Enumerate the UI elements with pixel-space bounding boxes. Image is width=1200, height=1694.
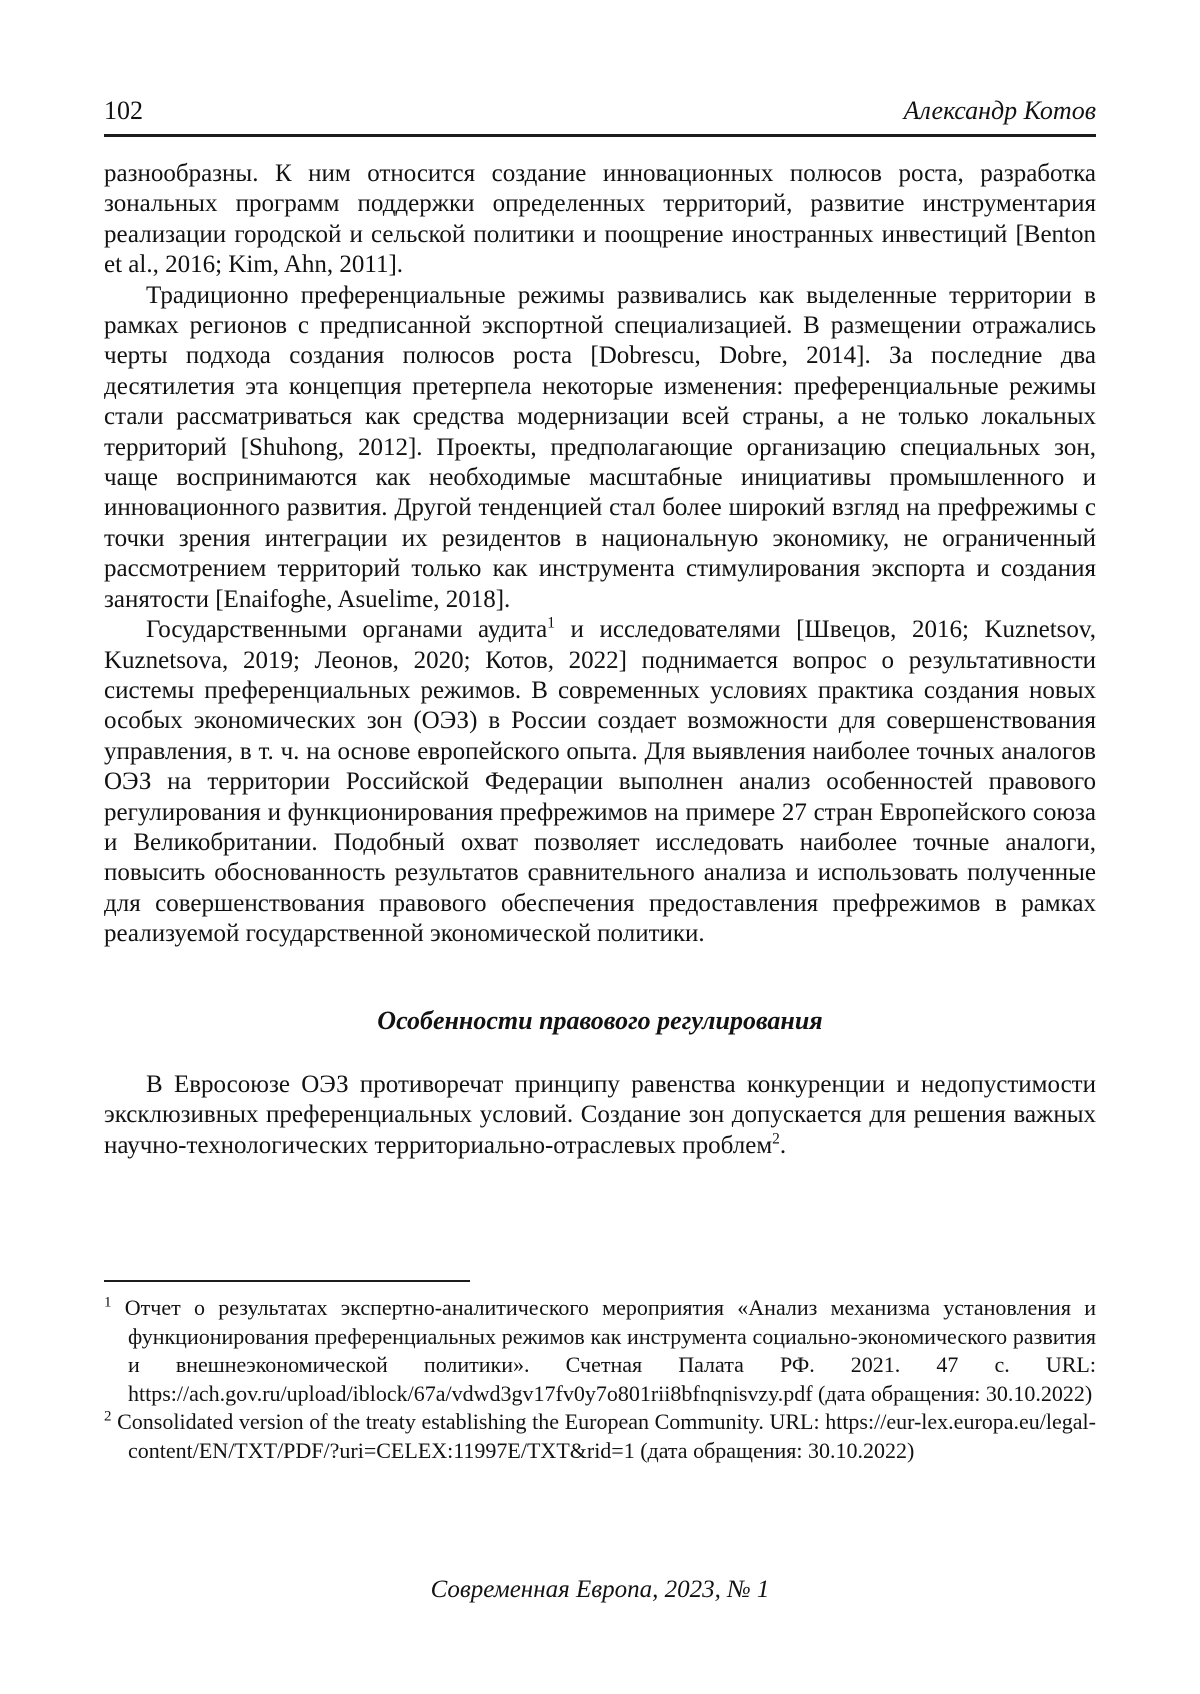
document-page: 102 Александр Котов разнообразны. К ним …	[0, 0, 1200, 1694]
footnote-marker: 1	[104, 1295, 111, 1311]
footnote-item: 1 Отчет о результатах экспертно-аналитич…	[104, 1294, 1096, 1408]
footnote-reference-2: 2	[772, 1130, 780, 1147]
footnote-item: 2 Consolidated version of the treaty est…	[104, 1408, 1096, 1465]
paragraph-text: разнообразны. К ним относится создание и…	[104, 160, 1096, 278]
page-number: 102	[104, 96, 143, 126]
footnote-text: Consolidated version of the treaty estab…	[117, 1409, 1096, 1463]
footnote-reference-1: 1	[547, 615, 555, 632]
body-paragraph: разнообразны. К ним относится создание и…	[104, 159, 1096, 281]
footnote-separator	[104, 1280, 470, 1282]
paragraph-text: .	[780, 1132, 786, 1159]
footnote-marker: 2	[104, 1409, 111, 1425]
article-body: разнообразны. К ним относится создание и…	[104, 159, 1096, 1161]
author-name: Александр Котов	[904, 96, 1096, 126]
body-paragraph: Государственными органами аудита1 и иссл…	[104, 615, 1096, 949]
paragraph-text: Традиционно преференциальные режимы разв…	[104, 282, 1096, 613]
section-heading: Особенности правового регулирования	[104, 1006, 1096, 1036]
footnotes-block: 1 Отчет о результатах экспертно-аналитич…	[104, 1280, 1096, 1466]
body-paragraph: Традиционно преференциальные режимы разв…	[104, 281, 1096, 615]
journal-footer: Современная Европа, 2023, № 1	[0, 1576, 1200, 1604]
footnote-text: Отчет о результатах экспертно-аналитичес…	[125, 1295, 1096, 1406]
running-header: 102 Александр Котов	[104, 96, 1096, 137]
paragraph-text: В Евросоюзе ОЭЗ противоречат принципу ра…	[104, 1071, 1096, 1159]
paragraph-text: Государственными органами аудита	[146, 616, 547, 643]
body-paragraph: В Евросоюзе ОЭЗ противоречат принципу ра…	[104, 1070, 1096, 1161]
paragraph-text: и исследователями [Швецов, 2016; Kuznets…	[104, 616, 1096, 947]
